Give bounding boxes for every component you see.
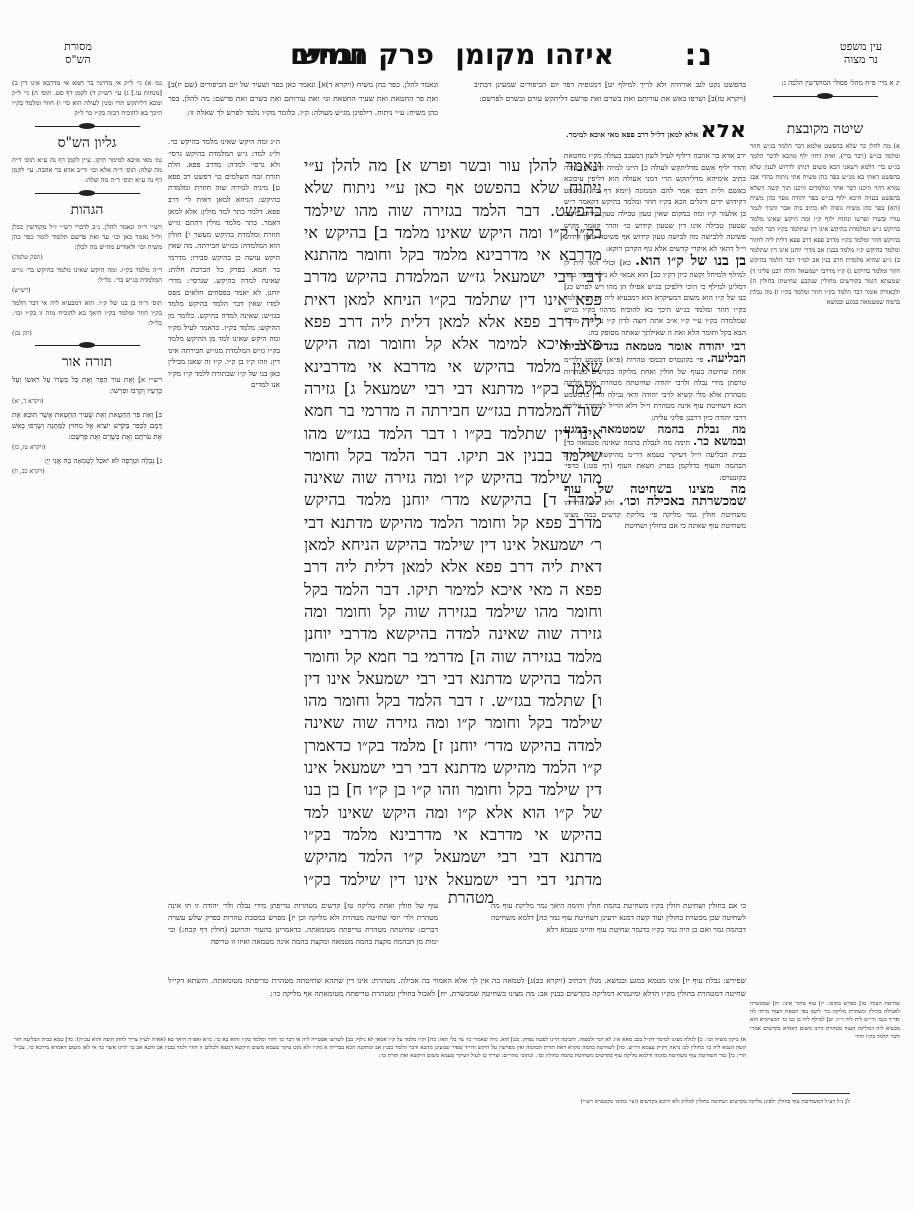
divider-ornament-icon [773, 93, 878, 99]
perek-name: איזהו מקומן [455, 38, 614, 71]
ein-mishpat-label: עין משפט נר מצוה [826, 40, 896, 66]
torah-or-ref: (ויקרא טז, כז) [12, 444, 162, 451]
hagahot-item: רש״י ד״ה ונאמר להלן. נ״ב לדברי רש״י ז״ל … [12, 222, 162, 252]
mesoret-hashas-text: גמ׳ א) גי׳ ל״ק אי מדרמי בר חמא אי מדרבא … [12, 78, 162, 118]
shita-bottom: שחיטת העוף: טז] מפרש בתוס׳: יז] עוף טהור… [750, 1000, 900, 1041]
hagahot-ref: (תפק שלמה) [12, 254, 162, 261]
tosafot-opening: בהפשט נקט לגב אורחיה ולא לריך למילף יט] … [474, 78, 746, 106]
torah-or-ref: (ויקרא ד, יא) [12, 398, 162, 405]
divider-ornament-icon [35, 123, 140, 129]
bottom-left-continuation: עוף של חולין ואחת מליקה טז] קדשים מטהרות… [168, 900, 438, 948]
mesoret-label: מסורת הש"ס [48, 40, 108, 66]
hagahot-ref: (רש״ש) [12, 287, 162, 294]
hagahot-item: תוס׳ ד״ה בן בנו של ק״ו. הוא דמבעיא ליה א… [12, 298, 162, 328]
tosafot-opening-text: בהפשט נקט לגב אורחיה ולא לריך למילף יט] … [474, 78, 746, 106]
footnotes: א) ביקון משיח וכו׳. כ] לגולה מצינו למימר… [14, 1036, 746, 1061]
gemara-end-word: מטהרת [448, 888, 494, 908]
shita-mekubetzet-column: שיטה מקובצת א) מה להלן כר שלא בהפשט אלמא… [750, 118, 900, 1048]
ein-mishpat-entry: יג א מיי׳ פ״ח מהל׳ פסולי המוקדשין הלכה ג… [750, 78, 900, 88]
tosafot-dibbur-2: בן בנו של ק״ו הוא. [635, 253, 746, 269]
tosafot-continuation-right: כי אם בחולין ושחיטת חולין בק״ו משחיטת בה… [491, 900, 746, 936]
last-footnote: ל] נ״ל דצ״ל דמשחיטת עוף בחולין ילפינן מל… [330, 1098, 850, 1106]
torah-or-ref: (ויקרא כב, ח) [12, 468, 162, 475]
shita-bottom-text: שחיטת העוף: טז] מפרש בתוס׳: יז] עוף טהור… [750, 1000, 900, 1041]
left-margin: גמ׳ א) גי׳ ל״ק אי מדרמי בר חמא אי מדרבא … [12, 78, 162, 479]
page-header: עין משפט נר מצוה נ: איזהו מקומן פרק חמיש… [0, 36, 914, 76]
hagahot-item: ד״ה מלמד בק״ו. ומה היקש שאינו מלמד בהיקש… [12, 265, 162, 285]
tosafot-opening-word: אלא [701, 124, 746, 141]
rashi-text: ה״ג ומה היקש שאינו מלמד בהיקש כר. ול״ג ל… [168, 136, 280, 391]
torah-or-title: תורה אור [12, 353, 162, 371]
wide-commentary-text: שפירש: נבלת עוף יז] אינו מטמא במגע ובמשא… [168, 974, 746, 1000]
tosafot-dibbur-1: אלא למאן דל״ל דרב פפא מאי איכא למימר. [566, 130, 698, 139]
divider-ornament-icon [35, 190, 140, 196]
bottom-wide-text: שפירש: נבלת עוף יז] אינו מטמא במגע ובמשא… [168, 974, 746, 1000]
bottom-right-continuation: כי אם בחולין ושחיטת חולין בק״ו משחיטת בה… [491, 900, 746, 936]
torah-or-verse: ג] נְבֵלָה וּטְרֵפָה לֹא יֹאכַל לְטָמְאָ… [12, 455, 162, 466]
rashi-opening-text: ונאמר להלן. כפר כהן משיח (ויקרא ד)א] ונא… [168, 78, 438, 120]
rashi-opening: ונאמר להלן. כפר כהן משיח (ויקרא ד)א] ונא… [168, 78, 438, 120]
daf-number: נ: [684, 38, 714, 73]
tractate-title: זבחים [290, 38, 365, 71]
tosafot-dibbur-line: אלא אלא למאן דל״ל דרב פפא מאי איכא למימר… [301, 124, 746, 141]
torah-or-verse: רש״י א] וְאֶת עוֹר הַפָּר וְאֶת כָּל בְּ… [12, 374, 162, 396]
ein-mishpat-column: יג א מיי׳ פ״ח מהל׳ פסולי המוקדשין הלכה ג… [750, 78, 900, 104]
torah-or-verse: ב] וְאֵת פַּר הַחַטָּאת וְאֵת שְׂעִיר הַ… [12, 409, 162, 442]
hagahot-ref: (תק נבן) [12, 330, 162, 337]
shita-mekubetzet-text: א) מה להלן כר שלא בהפשט אלמא דבר הלמד בג… [750, 141, 900, 308]
gilyon-text: גמ׳ מאי איכא למימר תיקו. עיין לקמן דף נה… [12, 155, 162, 185]
hagahot-title: הגהות [12, 201, 162, 219]
gemara-text: ונאמר להלן עור ובשר ופרש א] מה להלן ע״י … [304, 155, 602, 890]
divider-ornament-icon [35, 342, 140, 348]
shita-mekubetzet-title: שיטה מקובצת [750, 120, 900, 138]
tosafot-continuation-left: עוף של חולין ואחת מליקה טז] קדשים מטהרות… [168, 900, 438, 948]
gemara-main-text: ונאמר להלן עור ובשר ופרש א] מה להלן ע״י … [304, 155, 602, 890]
footnote-rule [792, 1093, 850, 1094]
rashi-column: ה״ג ומה היקש שאינו מלמד בהיקש כר. ול״ג ל… [168, 136, 280, 888]
gilyon-title: גליון הש"ס [12, 134, 162, 152]
footnotes-text: א) ביקון משיח וכו׳. כ] לגולה מצינו למימר… [14, 1036, 746, 1061]
